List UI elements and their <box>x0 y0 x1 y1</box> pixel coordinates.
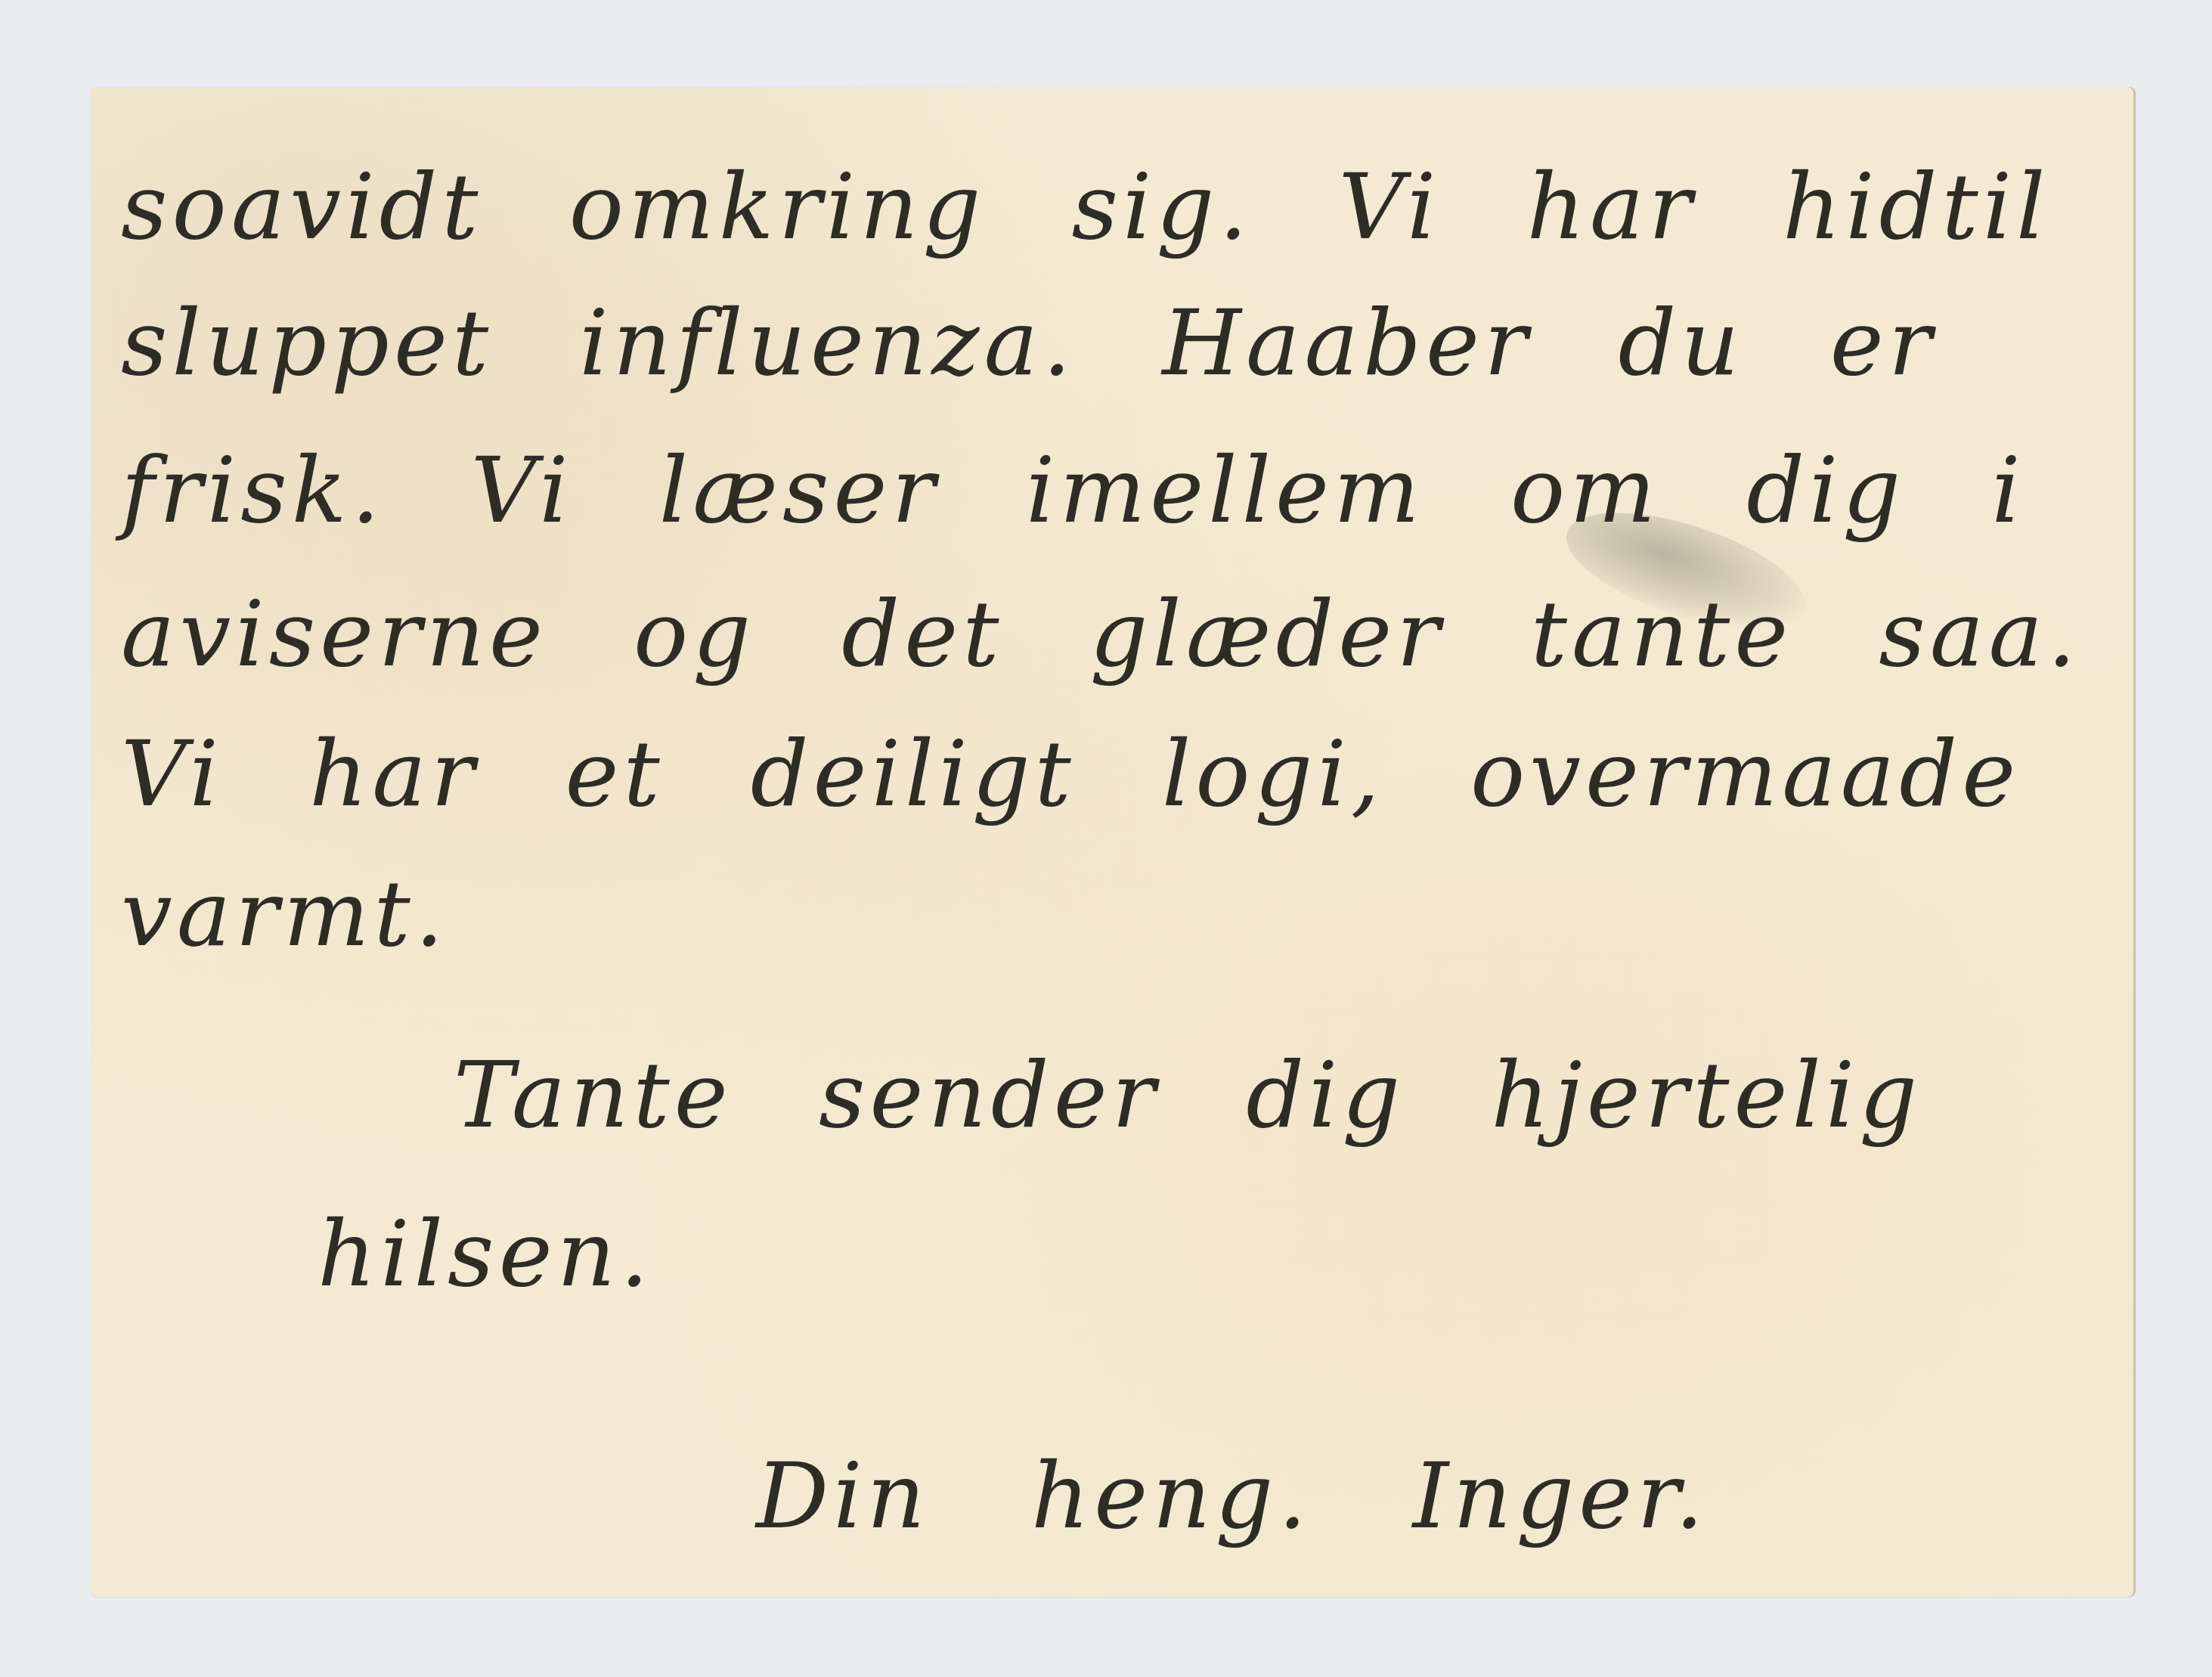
greeting-line-2: hilsen. <box>318 1210 653 1300</box>
text-line-5: Vi har et deiligt logi, overmaade <box>121 730 2020 820</box>
text-line-1: soavidt omkring sig. Vi har hidtil <box>121 163 2049 253</box>
signature: Din heng. Inger. <box>756 1452 1709 1542</box>
greeting-line-1: Tante sender dig hjertelig <box>454 1051 1922 1142</box>
text-line-2: sluppet influenza. Haaber du er <box>121 299 1936 389</box>
text-line-6: varmt. <box>121 869 448 960</box>
text-line-3: frisk. Vi læser imellem om dig i <box>121 446 2025 537</box>
text-line-4: aviserne og det glæder tante saa. <box>121 590 2080 680</box>
